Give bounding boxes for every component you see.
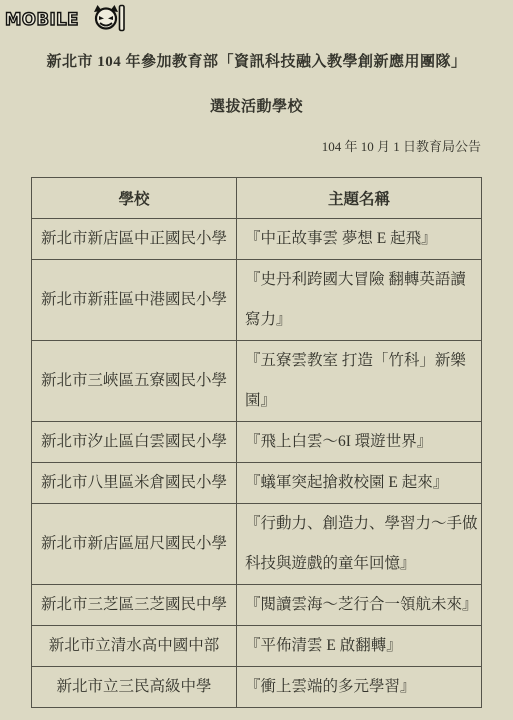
theme-cell: 『飛上白雲～6I 環遊世界』 xyxy=(237,422,482,463)
theme-cell: 『閱讀雲海～芝行合一領航未來』 xyxy=(237,585,482,626)
school-cell: 新北市八里區米倉國民小學 xyxy=(32,463,237,504)
announcement-document: MOBILE 新北市 104 年參加教育部「資訊科技融入教學創新應用團隊」 選拔… xyxy=(0,0,513,708)
table-row: 新北市汐止區白雲國民小學『飛上白雲～6I 環遊世界』 xyxy=(32,422,482,463)
table-row: 新北市新店區中正國民小學『中正故事雲 夢想 E 起飛』 xyxy=(32,219,482,260)
theme-cell: 『衝上雲端的多元學習』 xyxy=(237,667,482,708)
table-row: 新北市新店區屈尺國民小學『行動力、創造力、學習力～手做科技與遊戲的童年回憶』 xyxy=(32,504,482,585)
school-cell: 新北市三芝區三芝國民中學 xyxy=(32,585,237,626)
announcement-date: 104 年 10 月 1 日教育局公告 xyxy=(0,136,481,155)
mobile01-logo: MOBILE xyxy=(4,4,126,32)
schools-table: 學校 主題名稱 新北市新店區中正國民小學『中正故事雲 夢想 E 起飛』新北市新莊… xyxy=(31,177,482,708)
table-header-row: 學校 主題名稱 xyxy=(32,178,482,219)
school-cell: 新北市新莊區中港國民小學 xyxy=(32,260,237,341)
table-row: 新北市三芝區三芝國民中學『閱讀雲海～芝行合一領航未來』 xyxy=(32,585,482,626)
theme-column-header: 主題名稱 xyxy=(237,178,482,219)
school-cell: 新北市新店區屈尺國民小學 xyxy=(32,504,237,585)
mobile01-wordmark: MOBILE xyxy=(5,10,79,29)
title-line-2: 選拔活動學校 xyxy=(0,85,513,130)
logo-one-bar xyxy=(120,6,125,31)
school-cell: 新北市汐止區白雲國民小學 xyxy=(32,422,237,463)
theme-cell: 『行動力、創造力、學習力～手做科技與遊戲的童年回憶』 xyxy=(237,504,482,585)
theme-cell: 『史丹利跨國大冒險 翻轉英語讀寫力』 xyxy=(237,260,482,341)
theme-cell: 『中正故事雲 夢想 E 起飛』 xyxy=(237,219,482,260)
owl-face-icon xyxy=(94,5,118,29)
school-cell: 新北市三峽區五寮國民小學 xyxy=(32,341,237,422)
table-row: 新北市立清水高中國中部『平佈清雲 E 啟翻轉』 xyxy=(32,626,482,667)
theme-cell: 『平佈清雲 E 啟翻轉』 xyxy=(237,626,482,667)
theme-cell: 『五寮雲教室 打造「竹科」新樂園』 xyxy=(237,341,482,422)
school-cell: 新北市立清水高中國中部 xyxy=(32,626,237,667)
title-line-1: 新北市 104 年參加教育部「資訊科技融入教學創新應用團隊」 xyxy=(0,40,513,85)
table-body: 新北市新店區中正國民小學『中正故事雲 夢想 E 起飛』新北市新莊區中港國民小學『… xyxy=(32,219,482,708)
table-row: 新北市三峽區五寮國民小學『五寮雲教室 打造「竹科」新樂園』 xyxy=(32,341,482,422)
school-cell: 新北市新店區中正國民小學 xyxy=(32,219,237,260)
table-row: 新北市立三民高級中學『衝上雲端的多元學習』 xyxy=(32,667,482,708)
table-row: 新北市新莊區中港國民小學『史丹利跨國大冒險 翻轉英語讀寫力』 xyxy=(32,260,482,341)
page-title: 新北市 104 年參加教育部「資訊科技融入教學創新應用團隊」 選拔活動學校 xyxy=(0,40,513,130)
logo-text: MOBILE xyxy=(5,10,79,29)
theme-cell: 『蟻軍突起搶救校園 E 起來』 xyxy=(237,463,482,504)
school-cell: 新北市立三民高級中學 xyxy=(32,667,237,708)
school-column-header: 學校 xyxy=(32,178,237,219)
table-row: 新北市八里區米倉國民小學『蟻軍突起搶救校園 E 起來』 xyxy=(32,463,482,504)
